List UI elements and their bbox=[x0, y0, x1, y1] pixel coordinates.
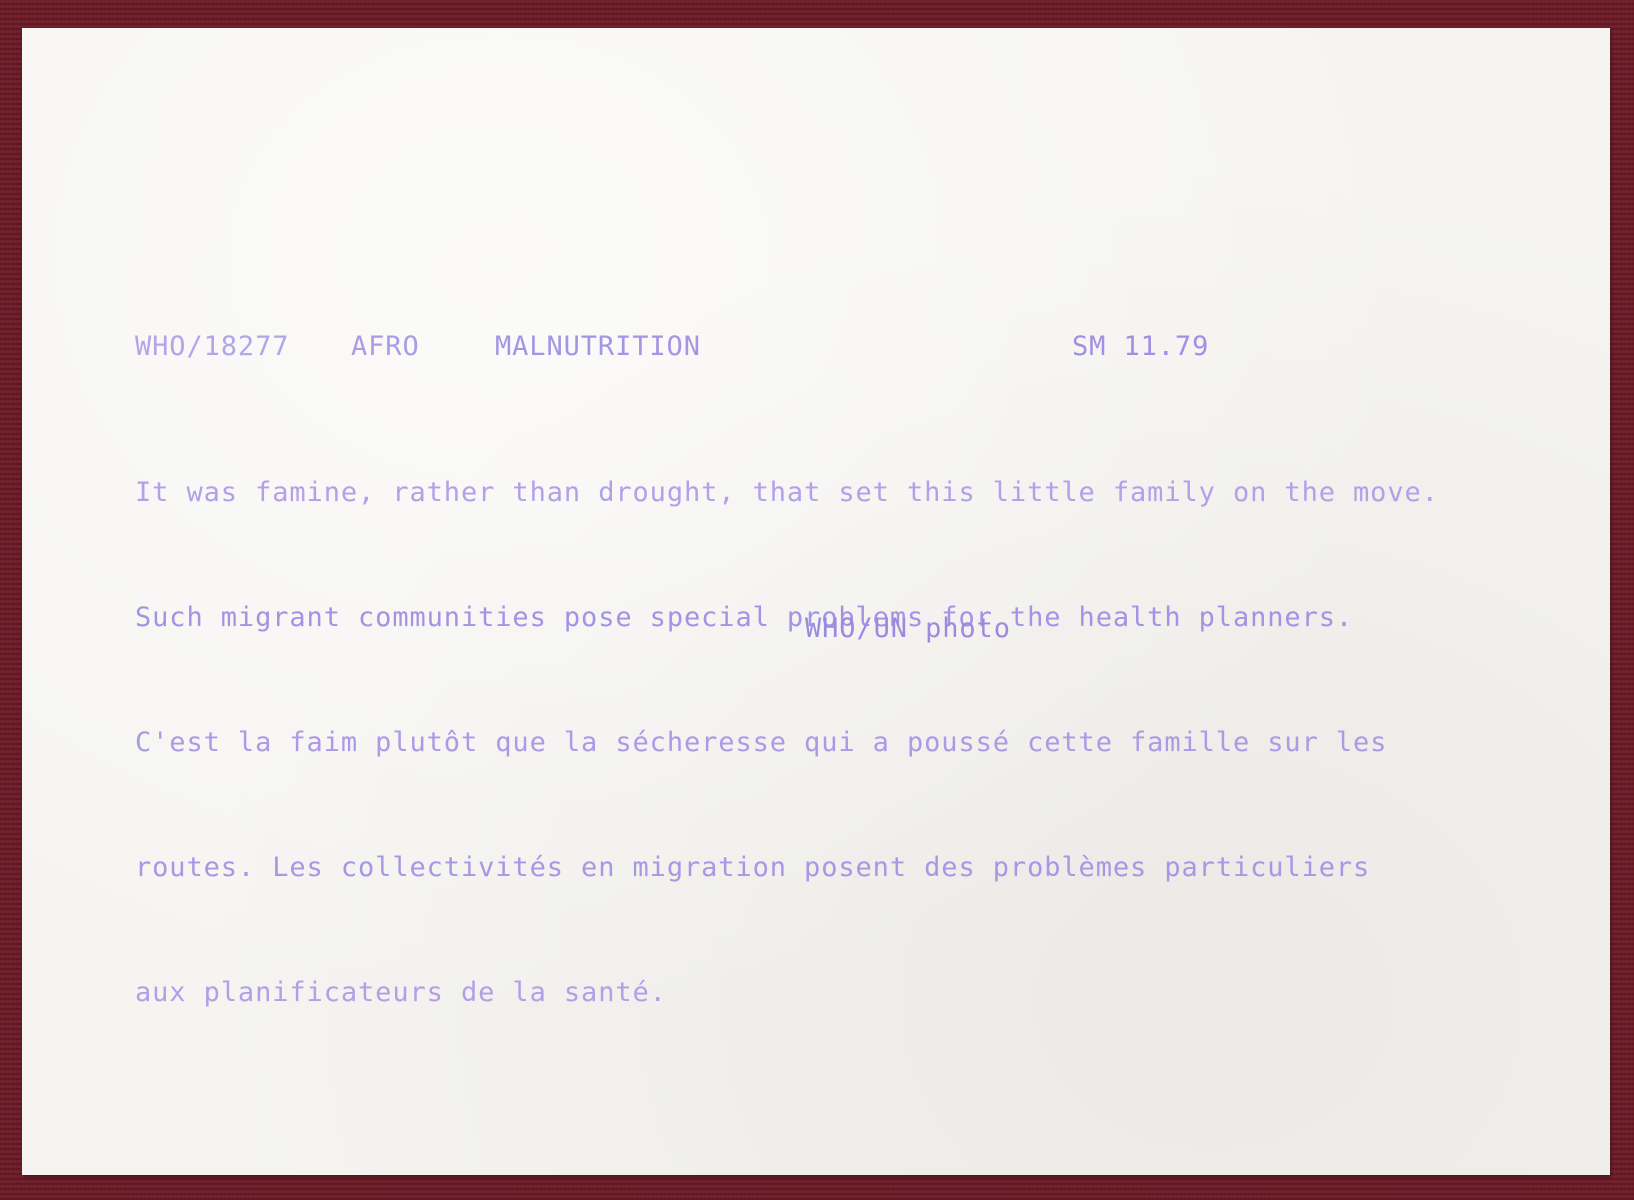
caption-line-french-1: C'est la faim plutôt que la sécheresse q… bbox=[135, 722, 1439, 763]
date-code: SM 11.79 bbox=[1072, 326, 1209, 368]
subject-heading: MALNUTRITION bbox=[495, 326, 701, 368]
caption-line-french-3: aux planificateurs de la santé. bbox=[135, 972, 1439, 1013]
caption-text: It was famine, rather than drought, that… bbox=[135, 388, 1439, 1097]
caption-line-english-1: It was famine, rather than drought, that… bbox=[135, 472, 1439, 513]
photo-caption-card: WHO/18277 AFRO MALNUTRITION SM 11.79 It … bbox=[22, 28, 1610, 1175]
caption-header: WHO/18277 AFRO MALNUTRITION SM 11.79 bbox=[22, 326, 1610, 368]
region-code: AFRO bbox=[351, 326, 420, 368]
caption-line-english-2: Such migrant communities pose special pr… bbox=[135, 597, 1439, 638]
photo-id: WHO/18277 bbox=[135, 326, 289, 368]
caption-line-french-2: routes. Les collectivités en migration p… bbox=[135, 847, 1439, 888]
photo-credit: WHO/UN photo bbox=[805, 608, 1011, 650]
